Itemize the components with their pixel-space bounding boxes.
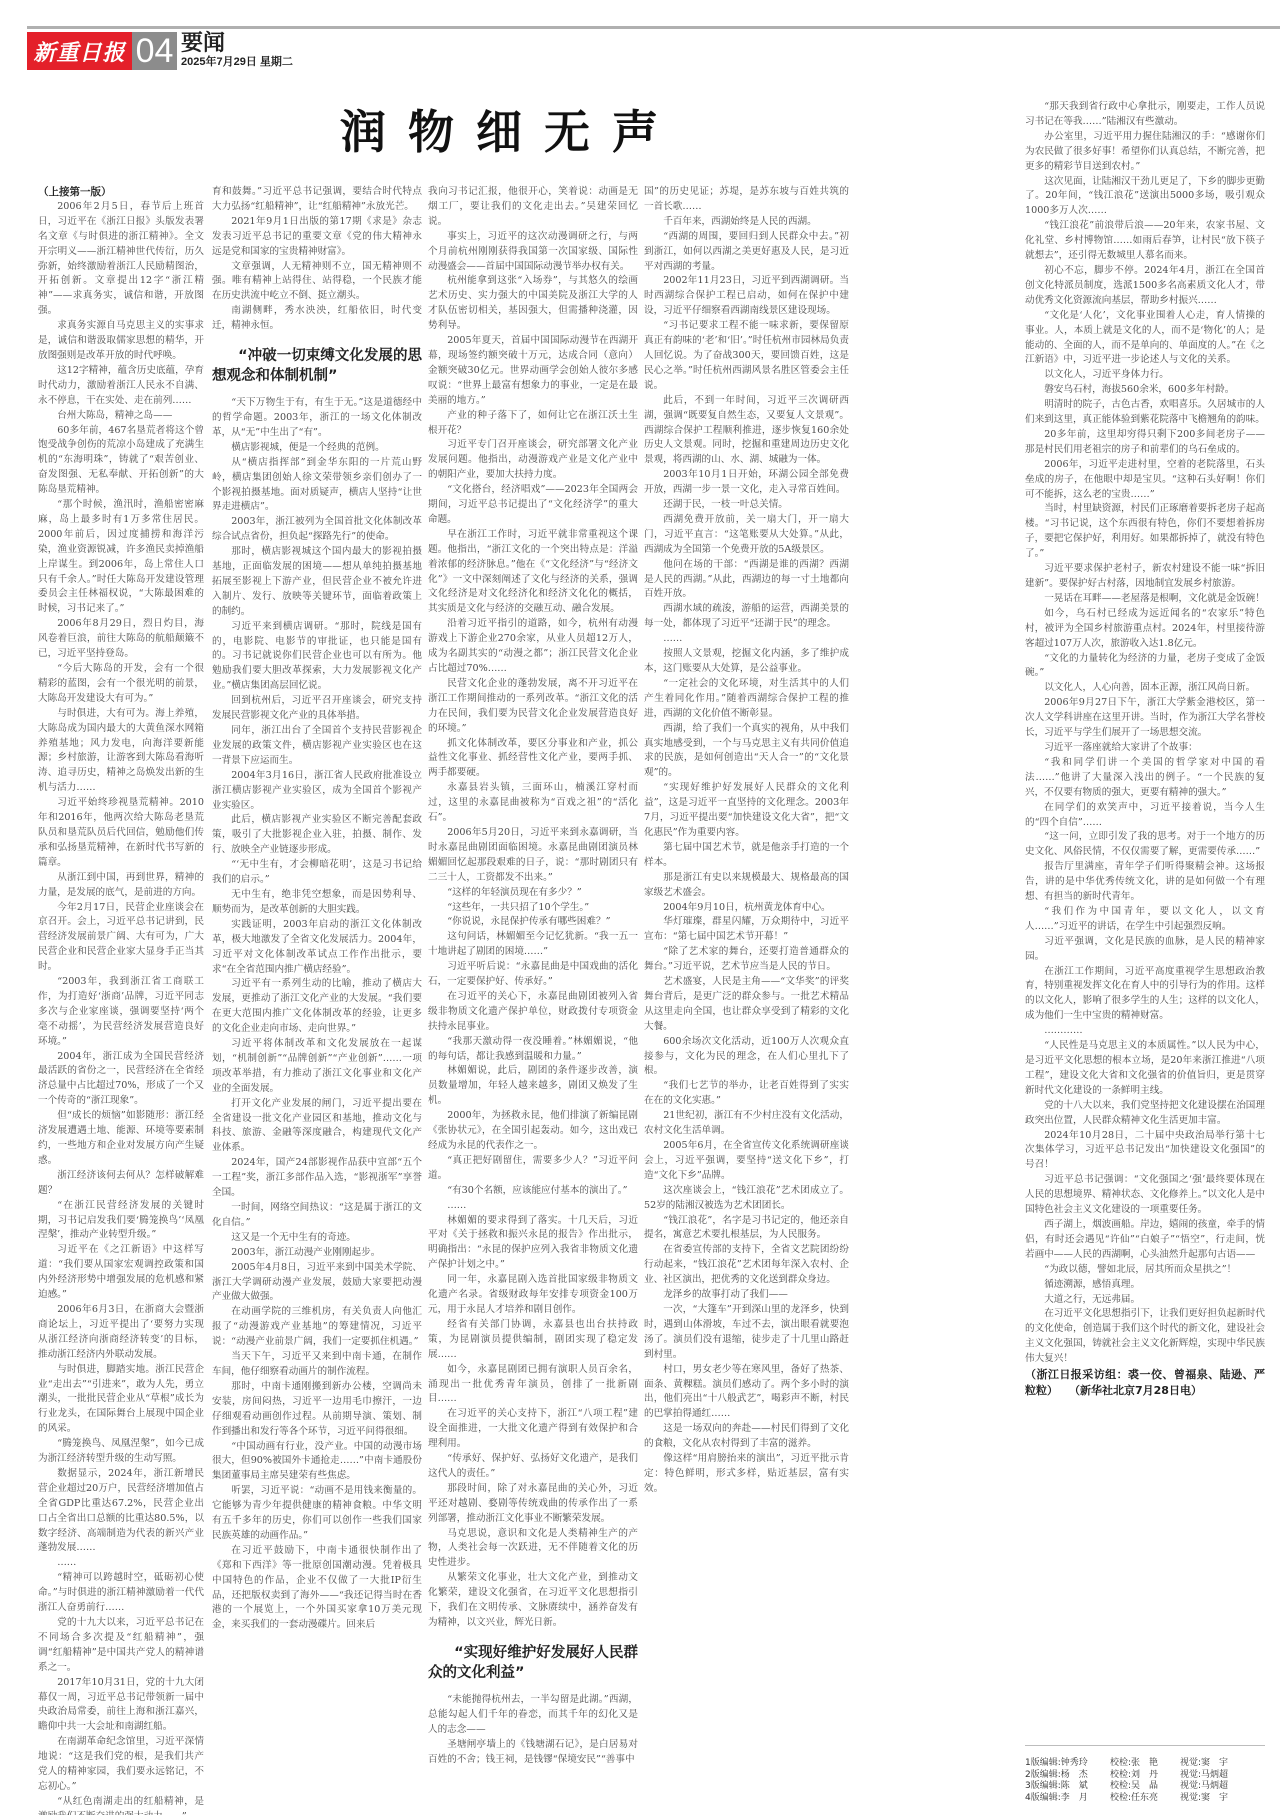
- article-paragraph: 如今，乌石村已经成为远近闻名的“农家乐”特色村，被评为全国乡村旅游重点村。202…: [1025, 607, 1265, 652]
- article-paragraph: “中国动画有行业，没产业。中国的动漫市场很大，但90%被国外卡通抢走……”中南卡…: [212, 1440, 422, 1485]
- article-paragraph: 这是一场双向的奔赴——村民们得到了文化的食粮，文化从农村得到了丰富的滋养。: [644, 1422, 849, 1452]
- article-paragraph: 这12字精神，蕴含历史底蕴，孕育时代动力，激励着浙江人民永不自满、永不停息，干在…: [38, 364, 204, 409]
- article-paragraph: 华灯璀璨，群星闪耀，万众期待中，习近平宣布：“第七届中国艺术节开幕！”: [644, 915, 849, 945]
- article-paragraph: ……: [644, 632, 849, 647]
- article-paragraph: 经省有关部门协调，永嘉县也出台扶持政策，为昆剧演员提供编制，剧团实现了稳定发展……: [428, 1318, 638, 1363]
- article-paragraph: 回到杭州后，习近平召开座谈会，研究支持发展民营影视文化产业的具体举措。: [212, 694, 422, 724]
- credit-proof: 校检:任东亮: [1110, 1793, 1180, 1805]
- article-paragraph: 大道之行，无远弗届。: [1025, 1293, 1265, 1308]
- article-column-3: 我向习书记汇报，他很开心，笑着说：动画是无烟工厂，要让我们的文化走出去。”吴建荣…: [428, 185, 638, 1815]
- article-paragraph: 打开文化产业发展的闸门，习近平提出要在全省建设一批文化产业园区和基地，推动文化与…: [212, 1097, 422, 1157]
- article-paragraph: “为政以德，譬如北辰，居其所而众星拱之”！: [1025, 1263, 1265, 1278]
- article-paragraph: 从“横店指挥部”到金华东阳的一片荒山野岭，横店集团创始人徐文荣带领乡亲们创办了一…: [212, 456, 422, 516]
- article-paragraph: 此后，不到一年时间，习近平三次调研西湖，强调“既要复自然生态，又要复人文景观”。…: [644, 394, 849, 469]
- article-paragraph: 民营文化企业的蓬勃发展，离不开习近平在浙江工作期间推动的一系列改革。“浙江文化的…: [428, 677, 638, 737]
- article-paragraph: “从红色南湖走出的红船精神，是激励我们不断奋进的强大动力……”: [38, 1795, 204, 1815]
- article-paragraph: 一晃话在耳畔——老屋落是根啊，文化就是金饭碗！: [1025, 592, 1265, 607]
- article-paragraph: 习近平听后说：“永嘉昆曲是中国戏曲的活化石，一定要保护好、传承好。”: [428, 960, 638, 990]
- article-paragraph: “2003年，我到浙江省工商联工作，为打造好‘浙商’品牌，习近平同志多次与企业家…: [38, 975, 204, 1050]
- article-paragraph: 习近平将体制改革和文化发展放在一起谋划，“机制创新”“品牌创新”“产业创新”………: [212, 1037, 422, 1097]
- article-paragraph: 林媚媚的要求得到了落实。十几天后，习近平对《关于拯救和振兴永昆的报告》作出批示，…: [428, 1214, 638, 1274]
- article-paragraph: 像这样“用肩膀抬来的演出”，习近平批示肯定：特色鲜明，形式多样，贴近基层，富有实…: [644, 1452, 849, 1497]
- credit-visual: 视觉:窦 宇: [1180, 1793, 1250, 1805]
- article-paragraph: 2006年2月5日，春节后上班首日，习近平在《浙江日报》头版发表署名文章《与时俱…: [38, 200, 204, 319]
- article-paragraph: 习近平一落座就给大家讲了个故事：: [1025, 741, 1265, 756]
- article-paragraph: 2005年夏天，首届中国国际动漫节在西湖开幕，现场签约额突破十万元，达成合同（意…: [428, 334, 638, 409]
- article-paragraph: 在同学们的欢笑声中，习近平接着说，当今人生的“四个自信”……: [1025, 801, 1265, 831]
- credit-proof: 校检:张 艳: [1110, 1758, 1180, 1770]
- article-paragraph: 龙泽乡的故事打动了我们——: [644, 1288, 849, 1303]
- article-paragraph: 按照人文景观，挖掘文化内涵，多了维护成本，这门账要从大处算，是公益事业。: [644, 647, 849, 677]
- article-paragraph: 2006年5月20日，习近平来到永嘉调研，当时永嘉昆曲剧团面临困境。永嘉昆曲剧团…: [428, 826, 638, 886]
- article-paragraph: 今年2月17日，民营企业座谈会在京召开。会上，习近平总书记讲到，民营经济发展前景…: [38, 901, 204, 976]
- article-paragraph: 永嘉县岩头镇，三面环山，楠溪江穿村而过，这里的永嘉昆曲被称为“百戏之祖”的“活化…: [428, 781, 638, 826]
- article-headline: 润物细无声: [340, 96, 680, 162]
- article-paragraph: “西湖的周围，要回归到人民群众中去。”初到浙江，如何以西湖之美更好惠及人民，是习…: [644, 230, 849, 275]
- credit-visual: 视觉:马炳超: [1180, 1770, 1250, 1782]
- article-paragraph: 他问在场的干部：“西湖是谁的西湖？西湖是人民的西湖。”从此，西湖边的每一寸土地都…: [644, 558, 849, 603]
- article-paragraph: 实践证明，2003年启动的浙江文化体制改革，极大地激发了全省文化发展活力。200…: [212, 918, 422, 978]
- article-paragraph: 育和鼓舞。”习近平总书记强调，要结合时代特点大力弘扬“红船精神”，让“红船精神”…: [212, 185, 422, 215]
- section-subheading: “实现好维护好发展好人民群众的文化利益”: [428, 1643, 638, 1683]
- article-paragraph: 2021年9月1日出版的第17期《求是》杂志发表习近平总书记的重要文章《党的伟大…: [212, 215, 422, 260]
- article-paragraph: 21世纪初，浙江有不少村庄没有文化活动，农村文化生活单调。: [644, 1109, 849, 1139]
- article-paragraph: 2004年，浙江成为全国民营经济最活跃的省份之一，民营经济在全省经济总量中占比超…: [38, 1050, 204, 1110]
- article-paragraph: 在习近平文化思想指引下，让我们更好担负起新时代的文化使命，创造属于我们这个时代的…: [1025, 1307, 1265, 1367]
- article-paragraph: “我们作为中国青年，要以文化人，以文育人……”习近平的讲话，在学生中引起强烈反响…: [1025, 905, 1265, 935]
- section-break: …………: [1025, 1024, 1265, 1039]
- article-column-1: （上接第一版）2006年2月5日，春节后上班首日，习近平在《浙江日报》头版发表署…: [38, 185, 204, 1815]
- article-paragraph: “今后大陈岛的开发，会有一个很精彩的蓝图，会有一个很光明的前景，大陈岛开发建设大…: [38, 662, 204, 707]
- article-paragraph: “‘无中生有，才会柳暗花明’，这是习书记给我们的启示。”: [212, 858, 422, 888]
- article-paragraph: 西湖水域的疏浚，游船的运营，西湖美景的每一处，都体现了习近平“还湖于民”的理念。: [644, 602, 849, 632]
- article-paragraph: 抓文化体制改革，要区分事业和产业，抓公益性文化事业、抓经营性文化产业，要两手抓、…: [428, 737, 638, 782]
- credit-visual: 视觉:窦 宇: [1180, 1758, 1250, 1770]
- article-paragraph: 2006年6月3日，在浙商大会暨浙商论坛上，习近平提出了‘要努力实现从浙江经济向…: [38, 1303, 204, 1363]
- article-paragraph: “人民性是马克思主义的本质属性。”以人民为中心，是习近平文化思想的根本立场，是2…: [1025, 1039, 1265, 1099]
- article-paragraph: “钱江浪花”前浪带后浪——20年来，农家书屋、文化礼堂、乡村博物馆……如雨后春笋…: [1025, 219, 1265, 264]
- article-paragraph: 浙江经济该何去何从？怎样破解难题？: [38, 1169, 204, 1199]
- masthead: 新重日报 04 要闻 2025年7月29日 星期二: [27, 32, 293, 70]
- credit-editor: 1版编辑:钟秀玲: [1025, 1758, 1110, 1770]
- newspaper-logo: 新重日报: [27, 32, 132, 70]
- article-paragraph: 2005年6月，在全省宣传文化系统调研座谈会上，习近平强调，要坚持“送文化下乡”…: [644, 1139, 849, 1184]
- article-paragraph: “习书记要求工程不能一味求新，要保留原真正有韵味的‘老’和‘旧’。”时任杭州市园…: [644, 319, 849, 394]
- article-paragraph: 2005年4月8日，习近平来到中国美术学院、浙江大学调研动漫产业发展，鼓励大家要…: [212, 1261, 422, 1306]
- article-paragraph: 2024年，国产24部影视作品获中宣部“五个一工程”奖，浙江多部作品入选，“影视…: [212, 1156, 422, 1201]
- article-paragraph: “天下万物生于有，有生于无。”这是道德经中的哲学命题。2003年，浙江的一场文化…: [212, 396, 422, 441]
- article-paragraph: 从繁荣文化事业，壮大文化产业，到推动文化繁荣，建设文化强省，在习近平文化思想指引…: [428, 1571, 638, 1631]
- article-paragraph: 林媚媚说，此后，剧团的条件逐步改善，演员数量增加，年轻人越来越多，剧团又焕发了生…: [428, 1064, 638, 1109]
- article-paragraph: 无中生有，绝非凭空想象，而是因势利导、顺势而为，是改革创新的大胆实践。: [212, 888, 422, 918]
- article-paragraph: 台州大陈岛，精神之岛——: [38, 409, 204, 424]
- article-byline: （浙江日报采访组：裘一佼、曾福泉、陆逊、严粒粒） （新华社北京7月28日电）: [1025, 1367, 1265, 1399]
- article-paragraph: 2006年，习近平走进村里，空着的老院落里，石头垒成的房子，在他眼中却是宝贝。“…: [1025, 458, 1265, 503]
- article-paragraph: “我们七艺节的举办，让老百姓得到了实实在在的文化实惠。”: [644, 1079, 849, 1109]
- article-paragraph: 求真务实源自马克思主义的实事求是，诚信和谐汲取儒家思想的精华，开放图强则是改革开…: [38, 319, 204, 364]
- article-paragraph: 习近平要求保护老村子，新农村建设不能一味“拆旧建新”。要保护好古村落，因地制宜发…: [1025, 562, 1265, 592]
- article-paragraph: ……: [38, 1556, 204, 1571]
- article-paragraph: 当时，村里缺资源，村民们正琢磨着要拆老房子起高楼。“习书记说，这个东西很有特色，…: [1025, 502, 1265, 562]
- article-paragraph: 办公室里，习近平用力握住陆湘汉的手：“感谢你们为农民做了很多好事！希望你们认真总…: [1025, 130, 1265, 175]
- article-paragraph: “实现好维护好发展好人民群众的文化利益”，这是习近平一直坚持的文化理念。2003…: [644, 781, 849, 841]
- credit-visual: 视觉:马炳超: [1180, 1781, 1250, 1793]
- article-paragraph: “这些年，一共只招了10个学生。”: [428, 901, 638, 916]
- article-paragraph: 杭州能拿到这张“入场券”，与其悠久的绘画艺术历史、实力强大的中国美院及浙江大学的…: [428, 274, 638, 334]
- article-paragraph: 与时俱进，大有可为。海上养殖，大陈岛成为国内最大的大黄鱼深水网箱养殖基地；风力发…: [38, 707, 204, 796]
- article-paragraph: 习近平总书记强调：“文化强国之‘强’最终要体现在人民的思想境界、精神状态、文化修…: [1025, 1173, 1265, 1218]
- article-paragraph: 习近平来到横店调研。“那时，院线是国有的，电影院、电影节的审批证，也只能是国有的…: [212, 620, 422, 695]
- article-paragraph: 习近平专门召开座谈会，研究部署文化产业发展问题。他指出，动漫游戏产业是文化产业中…: [428, 438, 638, 483]
- article-paragraph: 2003年，浙江被列为全国首批文化体制改革综合试点省份，担负起“探路先行”的使命…: [212, 515, 422, 545]
- article-paragraph: “腾笼换鸟、凤凰涅槃”，如今已成为浙江经济转型升级的生动写照。: [38, 1437, 204, 1467]
- section-block: 要闻 2025年7月29日 星期二: [181, 32, 293, 70]
- article-paragraph: 习近平有一系列生动的比喻，推动了横店大发展，更推动了浙江文化产业的大发展。“我们…: [212, 977, 422, 1037]
- article-paragraph: 2006年8月29日，烈日灼目，海风卷着巨浪，前往大陈岛的航船颠簸不已，习近平坚…: [38, 617, 204, 662]
- article-paragraph: 600余场次文化活动，近100万人次观众直接参与，文化为民的理念，在人们心里扎下…: [644, 1035, 849, 1080]
- article-paragraph: “这一问，立即引发了我的思考。对于一个地方的历史文化、风俗民情，不仅仅需要了解，…: [1025, 830, 1265, 860]
- article-paragraph: 党的十八大以来，我们党坚持把文化建设摆在治国理政突出位置，人民群众精神文化生活更…: [1025, 1099, 1265, 1129]
- article-paragraph: 这次座谈会上，“钱江浪花”艺术团成立了。52岁的陆湘汉被选为艺术团团长。: [644, 1184, 849, 1214]
- article-paragraph: 横店影视城，便是一个经典的范例。: [212, 441, 422, 456]
- article-paragraph: 在习近平的关心下，永嘉昆曲剧团被列入省级非物质文化遗产保护单位，财政拨付专项资金…: [428, 990, 638, 1035]
- article-paragraph: 习近平在《之江新语》中这样写道：“我们要从国家宏观调控政策和国内外经济形势中增强…: [38, 1243, 204, 1303]
- article-paragraph: 这句问话，林媚媚至今记忆犹新。“我一五一十地讲起了剧团的困境……”: [428, 930, 638, 960]
- credit-row: 4版编辑:李 月校检:任东亮视觉:窦 宇: [1025, 1793, 1265, 1805]
- article-paragraph: “那个时候，渔汛时，渔船密密麻麻，岛上最多时有1万多常住居民。2000年前后，因…: [38, 498, 204, 617]
- article-paragraph: 在浙江工作期间，习近平高度重视学生思想政治教育，特别重视发挥文化在育人中的引导行…: [1025, 965, 1265, 1025]
- article-paragraph: “你说说，永昆保护传承有哪些困难？”: [428, 915, 638, 930]
- article-paragraph: 以文化人，习近平身体力行。: [1025, 368, 1265, 383]
- article-paragraph: “我那天激动得一夜没睡着。”林媚媚说，“他的每句话，都让我感到温暖和力量。”: [428, 1035, 638, 1065]
- article-paragraph: 磐安乌石村，海拔560余米，600多年村龄。: [1025, 383, 1265, 398]
- credit-editor: 2版编辑:杨 杰: [1025, 1770, 1110, 1782]
- article-paragraph: 在动画学院的三维机房，有关负责人向他汇报了“动漫游戏产业基地”的筹建情况，习近平…: [212, 1305, 422, 1350]
- article-paragraph: 同年，浙江出台了全国首个支持民营影视企业发展的政策文件，横店影视产业实验区也在这…: [212, 724, 422, 769]
- article-paragraph: 这又是一个无中生有的奇迹。: [212, 1231, 422, 1246]
- article-paragraph: 此后，横店影视产业实验区不断完善配套政策，吸引了大批影视企业入驻，拍摄、制作、发…: [212, 813, 422, 858]
- article-paragraph: 2004年3月16日，浙江省人民政府批准设立浙江横店影视产业实验区，成为全国首个…: [212, 769, 422, 814]
- article-paragraph: “未能抛得杭州去，一半勾留是此湖。”西湖，总能勾起人们千年的眷恋，而其千年的幻化…: [428, 1693, 638, 1738]
- top-rule: [27, 26, 1280, 29]
- section-subheading: “冲破一切束缚文化发展的思想观念和体制机制”: [212, 346, 422, 386]
- article-paragraph: 第七届中国艺术节，就是他亲手打造的一个样本。: [644, 841, 849, 871]
- article-paragraph: 循迹溯源，感悟真理。: [1025, 1278, 1265, 1293]
- article-paragraph: 2017年10月31日，党的十九大闭幕仅一周，习近平总书记带领新一届中央政治局常…: [38, 1676, 204, 1736]
- article-paragraph: 在南湖革命纪念馆里，习近平深情地说：“这是我们党的根，是我们共产党人的精神家园，…: [38, 1735, 204, 1795]
- article-paragraph: 从浙江到中国，再到世界，精神的力量，是发展的底气，是前进的方向。: [38, 871, 204, 901]
- article-paragraph: 2003年10月1日开始，环湖公园全部免费开放，西湖一步一景一文化，走入寻常百姓…: [644, 468, 849, 498]
- article-paragraph: 明清时的院子，古色古香，欢唱喜乐。久居城市的人们来到这里，真正能体验到紫花院落中…: [1025, 398, 1265, 428]
- article-paragraph: 南湖侧畔，秀水泱泱，红船依旧，时代变迁，精神永恒。: [212, 304, 422, 334]
- credit-row: 1版编辑:钟秀玲校检:张 艳视觉:窦 宇: [1025, 1758, 1265, 1770]
- article-paragraph: 一时间，网络空间热议：“这是属于浙江的文化自信。”: [212, 1201, 422, 1231]
- article-paragraph: 习近平强调，文化是民族的血脉，是人民的精神家园。: [1025, 935, 1265, 965]
- article-paragraph: 那时，中南卡通刚搬到新办公楼，空调尚未安装，房间闷热，习近平一边用毛巾擦汗，一边…: [212, 1380, 422, 1440]
- article-column-5: “那天我到省行政中心拿批示，刚要走，工作人员说习书记在等我……”陆湘汉有些激动。…: [1025, 100, 1265, 1740]
- article-paragraph: 这次见面，让陆湘汉干劲儿更足了，下乡的脚步更勤了。20年间，“钱江浪花”送演出5…: [1025, 175, 1265, 220]
- article-paragraph: 在习近平鼓励下，中南卡通很快制作出了《郑和下西洋》等一批原创国潮动漫。凭着极具中…: [212, 1544, 422, 1633]
- article-paragraph: “这样的年轻演员现在有多少？”: [428, 886, 638, 901]
- article-paragraph: 与时俱进，脚踏实地。浙江民营企业“走出去”“引进来”，敢为人先，勇立潮头，一批批…: [38, 1363, 204, 1438]
- credit-proof: 校检:刘 丹: [1110, 1770, 1180, 1782]
- article-paragraph: 早在浙江工作时，习近平就非常重视这个课题。他指出，“浙江文化的一个突出特点是：洋…: [428, 528, 638, 617]
- article-paragraph: 如今，永嘉昆剧团已拥有演职人员百余名，涌现出一批优秀青年演员，创排了一批新剧目……: [428, 1363, 638, 1408]
- article-paragraph: 2000年，为拯救永昆，他们排演了新编昆剧《张协状元》，在全国引起轰动。如今，这…: [428, 1109, 638, 1154]
- credit-row: 3版编辑:陈 斌校检:吴 晶视觉:马炳超: [1025, 1781, 1265, 1793]
- article-paragraph: 西湖，给了我们一个真实的视角，从中我们真实地感受到，一个与马克思主义有共同价值追…: [644, 722, 849, 782]
- credit-editor: 4版编辑:李 月: [1025, 1793, 1110, 1805]
- article-paragraph: 同一年，永嘉昆剧入选首批国家级非物质文化遗产名录。省级财政每年安排专项资金100…: [428, 1273, 638, 1318]
- article-paragraph: 西湖免费开放前，关一扇大门，开一扇大门，习近平直言：“这笔账要从大处算。”从此，…: [644, 513, 849, 558]
- article-paragraph: 事实上，习近平的这次动漫调研之行，与两个月前杭州刚刚获得我国第一次国家级、国际性…: [428, 230, 638, 275]
- article-paragraph: “有30个名额，应该能应付基本的演出了。”: [428, 1184, 638, 1199]
- page-number: 04: [132, 32, 177, 70]
- article-paragraph: “文化是‘人化’，文化事业围着人心走，育人情操的事业。人，本质上就是文化的人，而…: [1025, 309, 1265, 369]
- article-paragraph: 西子湖上，烟波画船。岸边，嬉闹的孩童，牵手的情侣，有时还会遇见“许仙”“白娘子”…: [1025, 1218, 1265, 1263]
- article-column-2: 育和鼓舞。”习近平总书记强调，要结合时代特点大力弘扬“红船精神”，让“红船精神”…: [212, 185, 422, 1815]
- article-paragraph: 60多年前，467名垦荒者将这个曾饱受战争创伤的荒凉小岛建成了充满生机的“东海明…: [38, 424, 204, 499]
- section-name: 要闻: [181, 32, 293, 56]
- article-paragraph: 2024年10月28日，二十届中央政治局举行第十七次集体学习，习近平总书记发出“…: [1025, 1129, 1265, 1174]
- article-paragraph: 当天下午，习近平又来到中南卡通，在制作车间，他仔细察看动画片的制作流程。: [212, 1350, 422, 1380]
- article-paragraph: 国”的历史见证；苏堤，是苏东坡与百姓共筑的一首长歌……: [644, 185, 849, 215]
- article-paragraph: 在习近平的关心支持下，浙江“八项工程”建设全面推进，一大批文化遗产得到有效保护和…: [428, 1407, 638, 1452]
- article-paragraph: 沿着习近平指引的道路，如今，杭州有动漫游戏上下游企业270余家，从业人员超12万…: [428, 617, 638, 677]
- article-paragraph: “文化的力量转化为经济的力量，老房子变成了金饭碗。”: [1025, 652, 1265, 682]
- article-paragraph: 那段时间，除了对永嘉昆曲的关心外，习近平还对越剧、婺剧等传统戏曲的传承作出了一系…: [428, 1482, 638, 1527]
- article-paragraph: 数据显示，2024年，浙江新增民营企业超过20万户，民营经济增加值占全省GDP比…: [38, 1467, 204, 1556]
- article-paragraph: 2003年，浙江动漫产业刚刚起步。: [212, 1246, 422, 1261]
- article-paragraph: “在浙江民营经济发展的关键时期，习书记启发我们要‘腾笼换鸟’‘凤凰涅槃’，推动产…: [38, 1199, 204, 1244]
- article-paragraph: “精神可以跨越时空，砥砺初心使命。”与时俱进的浙江精神激励着一代代浙江人奋勇前行…: [38, 1571, 204, 1616]
- article-column-4: 国”的历史见证；苏堤，是苏东坡与百姓共筑的一首长歌……千百年来，西湖始终是人民的…: [644, 185, 849, 1815]
- article-paragraph: “那天我到省行政中心拿批示，刚要走，工作人员说习书记在等我……”陆湘汉有些激动。: [1025, 100, 1265, 130]
- article-paragraph: 党的十九大以来，习近平总书记在不同场合多次提及“红船精神”，强调“红船精神”是中…: [38, 1616, 204, 1676]
- article-paragraph: 马克思说，意识和文化是人类精神生产的产物，人类社会每一次跃进，无不伴随着文化的历…: [428, 1527, 638, 1572]
- credit-row: 2版编辑:杨 杰校检:刘 丹视觉:马炳超: [1025, 1770, 1265, 1782]
- article-paragraph: 那是浙江有史以来规模最大、规格最高的国家级艺术盛会。: [644, 871, 849, 901]
- article-paragraph: 文章强调，人无精神则不立，国无精神则不强。唯有精神上站得住、站得稳，一个民族才能…: [212, 260, 422, 305]
- article-paragraph: “我和同学们讲一个美国的哲学家对中国的看法……”他讲了大量深入浅出的例子。“一个…: [1025, 756, 1265, 801]
- article-paragraph: 千百年来，西湖始终是人民的西湖。: [644, 215, 849, 230]
- article-paragraph: 听罢，习近平说：“动画不是用钱来衡量的。它能够为青少年提供健康的精神食粮。中华文…: [212, 1484, 422, 1544]
- article-paragraph: “钱江浪花”，名字是习书记定的，他还亲自提名，寓意艺术要扎根基层，为人民服务。: [644, 1214, 849, 1244]
- article-paragraph: 产业的种子落下了，如何让它在浙江沃土生根开花？: [428, 409, 638, 439]
- article-paragraph: 村口，男女老少等在寒风里，备好了热茶、面条、黄粿糕。演员们感动了。两个多小时的演…: [644, 1363, 849, 1423]
- article-paragraph: “除了艺术家的舞台，还要打造普通群众的舞台。”习近平说，艺术节应当是人民的节日。: [644, 945, 849, 975]
- article-paragraph: 艺术盛宴，人民是主角——“文华奖”的评奖舞台背后，是更广泛的群众参与。一批艺术精…: [644, 975, 849, 1035]
- article-paragraph: 但“成长的烦恼”如影随形：浙江经济发展遭遇土地、能源、环境等要素制约，一些地方和…: [38, 1109, 204, 1169]
- article-paragraph: 初心不忘，脚步不停。2024年4月，浙江在全国首创文化特派员制度，选派1500多…: [1025, 264, 1265, 309]
- article-paragraph: 还湖于民，一枝一叶总关情。: [644, 498, 849, 513]
- article-paragraph: 报告厅里满座，青年学子们听得聚精会神。这场报告，讲的是中华优秀传统文化，讲的是如…: [1025, 860, 1265, 905]
- article-paragraph: “真正把好剧留住，需要多少人？”习近平问道。: [428, 1154, 638, 1184]
- article-paragraph: 圣塘闸亭墙上的《钱塘湖石记》，是白居易对百姓的不舍；钱王祠，是钱镠“保境安民”“…: [428, 1738, 638, 1768]
- credit-proof: 校检:吴 晶: [1110, 1781, 1180, 1793]
- article-paragraph: “传承好、保护好、弘扬好文化遗产，是我们这代人的责任。”: [428, 1452, 638, 1482]
- article-paragraph: “文化搭台，经济唱戏”——2023年全国两会期间，习近平总书记提出了“文化经济学…: [428, 483, 638, 528]
- article-paragraph: 2006年9月27日下午，浙江大学紫金港校区，第一次人文学科讲座在这里开讲。当时…: [1025, 696, 1265, 741]
- article-paragraph: 2004年9月10日，杭州黄龙体育中心。: [644, 901, 849, 916]
- article-paragraph: 2002年11月23日，习近平到西湖调研。当时西湖综合保护工程已启动，如何在保护…: [644, 274, 849, 319]
- credit-editor: 3版编辑:陈 斌: [1025, 1781, 1110, 1793]
- article-paragraph: 一次，“大篷车”开到深山里的龙泽乡，快到时，遇到山体滑坡，车过不去，演出眼看就要…: [644, 1303, 849, 1363]
- article-paragraph: 以文化人，人心向善，固本正源，浙江风尚日新。: [1025, 681, 1265, 696]
- article-paragraph: 20多年前，这里却穷得只剩下200多间老房子——那是村民们用老祖宗的房子和前辈们…: [1025, 428, 1265, 458]
- article-paragraph: ……: [428, 1199, 638, 1214]
- article-paragraph: 我向习书记汇报，他很开心，笑着说：动画是无烟工厂，要让我们的文化走出去。”吴建荣…: [428, 185, 638, 230]
- article-paragraph: 在省委宣传部的支持下，全省文艺院团纷纷行动起来，“钱江浪花”艺术团每年深入农村、…: [644, 1243, 849, 1288]
- issue-date: 2025年7月29日 星期二: [181, 56, 293, 69]
- article-paragraph: 那时，横店影视城这个国内最大的影视拍摄基地，正面临发展的困境——想从单纯拍摄基地…: [212, 545, 422, 620]
- article-paragraph: “一定社会的文化环境，对生活其中的人们产生着同化作用。”随着西湖综合保护工程的推…: [644, 677, 849, 722]
- editor-credits: 1版编辑:钟秀玲校检:张 艳视觉:窦 宇 2版编辑:杨 杰校检:刘 丹视觉:马炳…: [1025, 1745, 1265, 1804]
- article-paragraph: 习近平始终珍视垦荒精神。2010年和2016年，他两次给大陈岛老垦荒队员和垦荒队…: [38, 796, 204, 871]
- continuation-note: （上接第一版）: [38, 185, 204, 200]
